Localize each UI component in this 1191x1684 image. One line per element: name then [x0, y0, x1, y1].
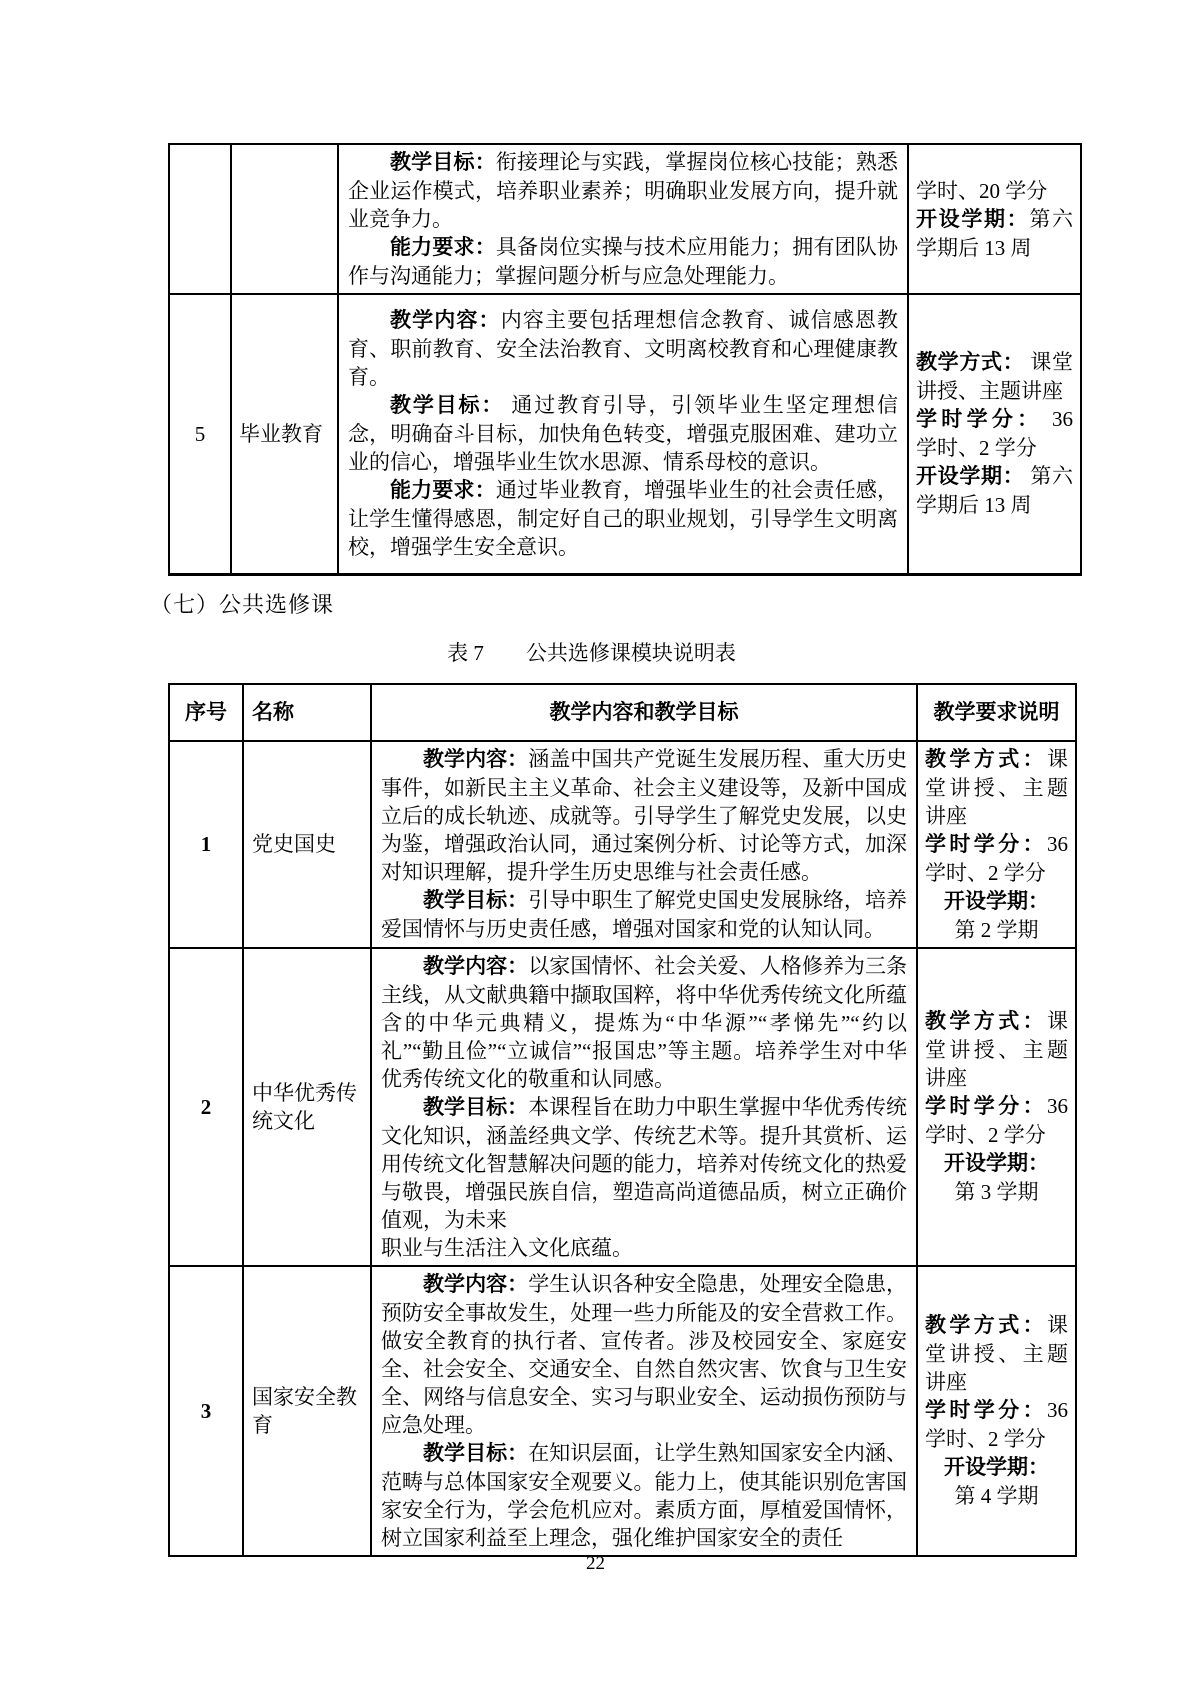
paragraph: 教学目标：衔接理论与实践，掌握岗位核心技能；熟悉企业运作模式，培养职业素养；明确…	[348, 148, 898, 233]
section-heading: （七）公共选修课	[150, 591, 1015, 619]
hours-label: 学时学分：	[925, 1095, 1047, 1118]
content-cell: 教学内容：内容主要包括理想信念教育、诚信感恩教育、职前教育、安全法治教育、文明离…	[338, 294, 908, 574]
method-label: 教学方式：	[925, 748, 1047, 771]
page-number: 22	[0, 1553, 1191, 1575]
method-label: 教学方式：	[925, 1314, 1047, 1337]
seq-cell: 2	[169, 948, 243, 1266]
paragraph: 教学目标： 通过教育引导，引领毕业生坚定理想信念，明确奋斗目标，加快角色转变，增…	[348, 391, 898, 476]
header-requirements: 教学要求说明	[917, 684, 1076, 741]
hours-label: 学时学分：	[916, 408, 1042, 431]
term-label: 开设学期：	[944, 890, 1049, 913]
paragraph: 能力要求：通过毕业教育，增强毕业生的社会责任感，让学生懂得感恩，制定好自己的职业…	[348, 476, 898, 561]
page-content: 教学目标：衔接理论与实践，掌握岗位核心技能；熟悉企业运作模式，培养职业素养；明确…	[168, 143, 1015, 1557]
requirement-hours: 学时学分：36 学时、2 学分	[925, 1396, 1068, 1453]
seq-cell: 5	[169, 294, 231, 574]
requirements-cell: 教学方式：课堂讲授、主题讲座 学时学分：36 学时、2 学分 开设学期： 第 4…	[917, 1266, 1076, 1556]
paragraph: 教学目标：引导中职生了解党史国史发展脉络，培养爱国情怀与历史责任感，增强对国家和…	[381, 886, 907, 943]
header-seq: 序号	[169, 684, 243, 741]
paragraph: 教学内容：内容主要包括理想信念教育、诚信感恩教育、职前教育、安全法治教育、文明离…	[348, 306, 898, 391]
header-content: 教学内容和教学目标	[371, 684, 917, 741]
paragraph: 教学内容：涵盖中国共产党诞生发展历程、重大历史事件，如新民主主义革命、社会主义建…	[381, 745, 907, 886]
term-label: 开设学期：	[944, 1152, 1049, 1175]
name-cell: 党史国史	[243, 741, 371, 948]
seq-cell	[169, 144, 231, 294]
requirement-carryover: 学时、20 学分	[916, 177, 1073, 205]
requirements-cell: 教学方式： 课堂讲授、主题讲座 学时学分： 36 学时、2 学分 开设学期： 第…	[908, 294, 1081, 574]
term-label-line: 开设学期：	[925, 1149, 1068, 1178]
paragraph-label: 教学目标：	[390, 394, 504, 417]
requirement-method: 教学方式：课堂讲授、主题讲座	[925, 1007, 1068, 1092]
paragraph-label: 教学内容：	[423, 1273, 528, 1296]
paragraph: 教学内容：以家国情怀、社会关爱、人格修养为三条主线，从文献典籍中撷取国粹，将中华…	[381, 952, 907, 1093]
term-value: 第 4 学期	[925, 1482, 1068, 1510]
paragraph: 教学内容：学生认识各种安全隐患，处理安全隐患，预防安全事故发生，处理一些力所能及…	[381, 1270, 907, 1439]
requirement-hours: 学时学分：36 学时、2 学分	[925, 1092, 1068, 1149]
table-7-elective-courses: 序号 名称 教学内容和教学目标 教学要求说明 1 党史国史 教学内容：涵盖中国共…	[168, 683, 1077, 1557]
method-label: 教学方式：	[916, 351, 1024, 374]
paragraph: 教学目标：本课程旨在助力中职生掌握中华优秀传统文化知识，涵盖经典文学、传统艺术等…	[381, 1093, 907, 1234]
name-cell	[231, 144, 338, 294]
name-cell: 毕业教育	[231, 294, 338, 574]
paragraph-label: 教学目标：	[423, 889, 528, 912]
hours-label: 学时学分：	[925, 1399, 1047, 1422]
paragraph-label: 教学内容：	[423, 955, 528, 978]
paragraph: 能力要求：具备岗位实操与技术应用能力；拥有团队协作与沟通能力；掌握问题分析与应急…	[348, 233, 898, 290]
document-page: 教学目标：衔接理论与实践，掌握岗位核心技能；熟悉企业运作模式，培养职业素养；明确…	[0, 0, 1191, 1684]
content-cell: 教学内容：学生认识各种安全隐患，处理安全隐患，预防安全事故发生，处理一些力所能及…	[371, 1266, 917, 1556]
requirement-hours: 学时学分： 36 学时、2 学分	[916, 405, 1073, 462]
term-label: 开设学期：	[916, 208, 1029, 231]
paragraph-label: 教学目标：	[423, 1096, 528, 1119]
paragraph-label: 教学目标：	[423, 1442, 528, 1465]
name-cell: 国家安全教育	[243, 1266, 371, 1556]
requirement-term: 开设学期： 第六学期后 13 周	[916, 462, 1073, 519]
paragraph-label: 能力要求：	[390, 236, 496, 259]
requirement-method: 教学方式：课堂讲授、主题讲座	[925, 745, 1068, 830]
header-row: 序号 名称 教学内容和教学目标 教学要求说明	[169, 684, 1076, 741]
name-cell: 中华优秀传统文化	[243, 948, 371, 1266]
requirement-term: 开设学期：第六学期后 13 周	[916, 205, 1073, 262]
content-cell: 教学内容：以家国情怀、社会关爱、人格修养为三条主线，从文献典籍中撷取国粹，将中华…	[371, 948, 917, 1266]
paragraph-text: 学生认识各种安全隐患，处理安全隐患，预防安全事故发生，处理一些力所能及的安全营救…	[381, 1272, 907, 1437]
requirements-cell: 教学方式：课堂讲授、主题讲座 学时学分：36 学时、2 学分 开设学期： 第 2…	[917, 741, 1076, 948]
paragraph-label: 教学内容：	[390, 309, 501, 332]
course-table-continued: 教学目标：衔接理论与实践，掌握岗位核心技能；熟悉企业运作模式，培养职业素养；明确…	[168, 143, 1082, 576]
term-label: 开设学期：	[944, 1456, 1049, 1479]
method-label: 教学方式：	[925, 1010, 1047, 1033]
table-row: 教学目标：衔接理论与实践，掌握岗位核心技能；熟悉企业运作模式，培养职业素养；明确…	[169, 144, 1081, 294]
paragraph-label: 能力要求：	[390, 479, 496, 502]
term-label: 开设学期：	[916, 465, 1024, 488]
table-row: 5 毕业教育 教学内容：内容主要包括理想信念教育、诚信感恩教育、职前教育、安全法…	[169, 294, 1081, 574]
seq-cell: 1	[169, 741, 243, 948]
term-label-line: 开设学期：	[925, 887, 1068, 916]
hours-label: 学时学分：	[925, 833, 1047, 856]
paragraph-label: 教学目标：	[390, 151, 496, 174]
table-caption: 表 7 公共选修课模块说明表	[168, 639, 1015, 667]
requirements-cell: 教学方式：课堂讲授、主题讲座 学时学分：36 学时、2 学分 开设学期： 第 3…	[917, 948, 1076, 1266]
table-row: 1 党史国史 教学内容：涵盖中国共产党诞生发展历程、重大历史事件，如新民主主义革…	[169, 741, 1076, 948]
term-value: 第 2 学期	[925, 916, 1068, 944]
paragraph-label: 教学内容：	[423, 748, 528, 771]
requirements-cell: 学时、20 学分 开设学期：第六学期后 13 周	[908, 144, 1081, 294]
seq-cell: 3	[169, 1266, 243, 1556]
term-value: 第 3 学期	[925, 1178, 1068, 1206]
requirement-hours: 学时学分：36 学时、2 学分	[925, 830, 1068, 887]
paragraph: 教学目标：在知识层面，让学生熟知国家安全内涵、范畴与总体国家安全观要义。能力上，…	[381, 1439, 907, 1552]
header-name: 名称	[243, 684, 371, 741]
term-label-line: 开设学期：	[925, 1453, 1068, 1482]
table-row: 2 中华优秀传统文化 教学内容：以家国情怀、社会关爱、人格修养为三条主线，从文献…	[169, 948, 1076, 1266]
table-row: 3 国家安全教育 教学内容：学生认识各种安全隐患，处理安全隐患，预防安全事故发生…	[169, 1266, 1076, 1556]
paragraph-extra: 职业与生活注入文化底蕴。	[381, 1234, 907, 1262]
content-cell: 教学内容：涵盖中国共产党诞生发展历程、重大历史事件，如新民主主义革命、社会主义建…	[371, 741, 917, 948]
content-cell: 教学目标：衔接理论与实践，掌握岗位核心技能；熟悉企业运作模式，培养职业素养；明确…	[338, 144, 908, 294]
requirement-method: 教学方式：课堂讲授、主题讲座	[925, 1311, 1068, 1396]
requirement-method: 教学方式： 课堂讲授、主题讲座	[916, 348, 1073, 405]
